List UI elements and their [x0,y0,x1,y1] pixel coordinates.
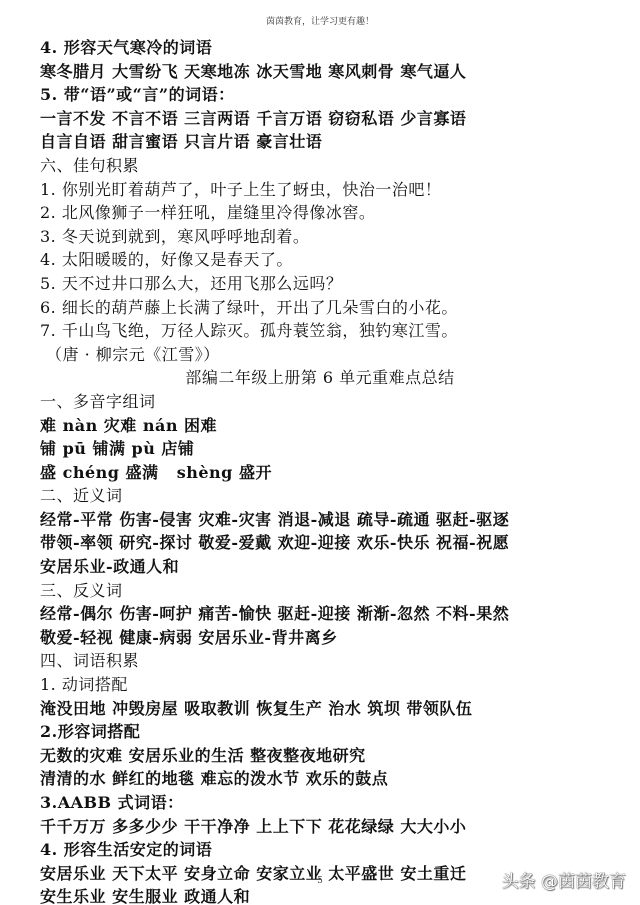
word-list: 经常-平常 伤害-侵害 灾难-灾害 消退-减退 疏导-疏通 驱赶-驱逐 [40,508,620,532]
polyphonic-item: 铺 pū 铺满 pù 店铺 [40,437,620,461]
sentence-item: 7. 千山鸟飞绝，万径人踪灭。孤舟蓑笠翁，独钓寒江雪。 [40,319,620,343]
word-list: 淹没田地 冲毁房屋 吸取教训 恢复生产 治水 筑坝 带领队伍 [40,697,620,721]
document-title: 部编二年级上册第 6 单元重难点总结 [40,366,620,390]
polyphonic-item: 盛 chéng 盛满 shèng 盛开 [40,461,620,485]
word-list: 寒冬腊月 大雪纷飞 天寒地冻 冰天雪地 寒风刺骨 寒气逼人 [40,60,620,84]
sentence-item: 3. 冬天说到就到，寒风呼呼地刮着。 [40,225,620,249]
sentence-item: 5. 天不过井口那么大，还用飞那么远吗？ [40,272,620,296]
page-header-slogan: 茵茵教育，让学习更有趣！ [0,14,640,27]
document-body: 4. 形容天气寒冷的词语 寒冬腊月 大雪纷飞 天寒地冻 冰天雪地 寒风刺骨 寒气… [40,36,620,905]
subheading-yu-yan-words: 5. 带“语”或“言”的词语： [40,83,620,107]
word-list: 一言不发 不言不语 三言两语 千言万语 窃窃私语 少言寡语 [40,107,620,131]
polyphonic-item: 难 nàn 灾难 nán 困难 [40,414,620,438]
word-list: 带领-率领 研究-探讨 敬爱-爱戴 欢迎-迎接 欢乐-快乐 祝福-祝愿 [40,531,620,555]
word-list: 千千万万 多多少少 干干净净 上上下下 花花绿绿 大大小小 [40,815,620,839]
sentence-item: 4. 太阳暖暖的，好像又是春天了。 [40,248,620,272]
sentence-item: 2. 北风像狮子一样狂吼，崖缝里冷得像冰窖。 [40,201,620,225]
sentence-item: 6. 细长的葫芦藤上长满了绿叶，开出了几朵雪白的小花。 [40,296,620,320]
section-heading-good-sentences: 六、佳句积累 [40,154,620,178]
word-list: 自言自语 甜言蜜语 只言片语 豪言壮语 [40,130,620,154]
subheading-cold-weather-words: 4. 形容天气寒冷的词语 [40,36,620,60]
watermark: 头条 @茵茵教育 [502,867,626,892]
word-list: 经常-偶尔 伤害-呵护 痛苦-愉快 驱赶-迎接 渐渐-忽然 不料-果然 [40,602,620,626]
word-list: 安居乐业-政通人和 [40,555,620,579]
poem-attribution: （唐 · 柳宗元《江雪》） [40,343,620,367]
subheading-aabb-words: 3.AABB 式词语： [40,791,620,815]
subheading-verb-collocations: 1. 动词搭配 [40,673,620,697]
word-list: 敬爱-轻视 健康-病弱 安居乐业-背井离乡 [40,626,620,650]
section-heading-vocabulary: 四、词语积累 [40,649,620,673]
section-heading-antonyms: 三、反义词 [40,579,620,603]
word-list: 清清的水 鲜红的地毯 难忘的泼水节 欢乐的鼓点 [40,767,620,791]
section-heading-polyphonic: 一、多音字组词 [40,390,620,414]
subheading-adjective-collocations: 2.形容词搭配 [40,720,620,744]
word-list: 无数的灾难 安居乐业的生活 整夜整夜地研究 [40,744,620,768]
sentence-item: 1. 你别光盯着葫芦了，叶子上生了蚜虫，快治一治吧！ [40,178,620,202]
subheading-stable-life-words: 4. 形容生活安定的词语 [40,838,620,862]
section-heading-synonyms: 二、近义词 [40,484,620,508]
